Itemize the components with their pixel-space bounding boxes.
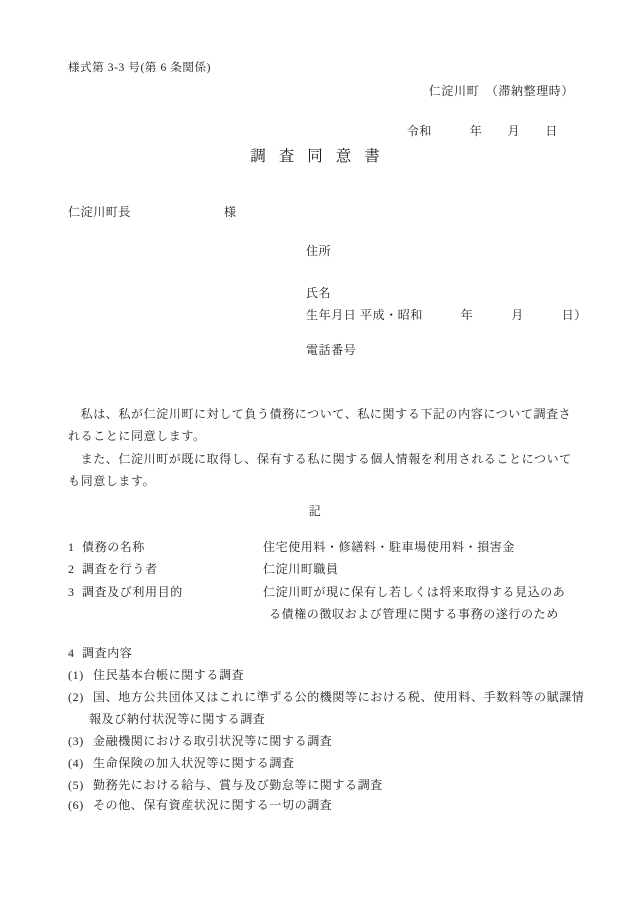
survey-item-text-continuation: 報及び納付状況等に関する調査 <box>89 713 265 725</box>
address-field-label: 住所 <box>306 245 331 257</box>
survey-item-text: 住民基本台帳に関する調査 <box>93 669 244 681</box>
row-label: 調査を行う者 <box>82 563 158 575</box>
row-number: 1 <box>68 541 75 553</box>
survey-item-number: (1) <box>68 669 84 681</box>
survey-item-number: (2) <box>68 691 84 703</box>
consent-paragraph-line: また、仁淀川町が既に取得し、保有する私に関する個人情報を利用されることについて <box>68 453 572 465</box>
survey-item-text: 金融機関における取引状況等に関する調査 <box>93 735 332 747</box>
form-number: 様式第 3-3 号(第 6 条関係) <box>68 63 211 75</box>
survey-item-text: その他、保有資産状況に関する一切の調査 <box>93 799 332 811</box>
section4-number: 4 <box>68 647 75 659</box>
row-label: 調査及び利用目的 <box>82 586 183 598</box>
survey-item-number: (6) <box>68 799 84 811</box>
survey-item-number: (3) <box>68 735 84 747</box>
addressee-honorific: 様 <box>224 206 237 218</box>
row-number: 2 <box>68 563 75 575</box>
phone-field-label: 電話番号 <box>306 344 356 356</box>
survey-item-number: (5) <box>68 779 84 791</box>
consent-paragraph-line: 私は、私が仁淀川町に対して負う債務について、私に関する下記の内容について調査さ <box>68 408 571 420</box>
consent-paragraph-line: も同意します。 <box>68 475 155 487</box>
row-number: 3 <box>68 586 75 598</box>
birthdate-field-label: 生年月日 平成・昭和 年 月 日） <box>306 309 587 321</box>
page-title: 調査同意書 <box>0 149 630 165</box>
survey-item-text: 勤務先における給与、賞与及び勤怠等に関する調査 <box>93 779 383 791</box>
row-label: 債務の名称 <box>82 541 145 553</box>
consent-form-page: 様式第 3-3 号(第 6 条関係) 仁淀川町 （滞納整理時） 令和 年 月 日… <box>0 0 630 903</box>
survey-item-number: (4) <box>68 757 84 769</box>
survey-item-text: 国、地方公共団体又はこれに準ずる公的機関等における税、使用料、手数料等の賦課情 <box>93 691 584 703</box>
row-value: 住宅使用料・修繕料・駐車場使用料・損害金 <box>263 541 515 553</box>
ki-marker: 記 <box>0 505 630 517</box>
survey-item-text: 生命保険の加入状況等に関する調査 <box>93 757 295 769</box>
row-value: 仁淀川町が現に保有し若しくは将来取得する見込のあ <box>263 586 565 598</box>
addressee: 仁淀川町長 <box>68 206 131 218</box>
row-value-continuation: る債権の徴収および管理に関する事務の遂行のため <box>269 608 559 620</box>
name-field-label: 氏名 <box>306 287 331 299</box>
consent-paragraph-line: れることに同意します。 <box>68 430 206 442</box>
section4-heading: 調査内容 <box>82 647 132 659</box>
date-line: 令和 年 月 日 <box>407 125 558 137</box>
row-value: 仁淀川町職員 <box>263 563 339 575</box>
office-note: 仁淀川町 （滞納整理時） <box>429 85 574 97</box>
